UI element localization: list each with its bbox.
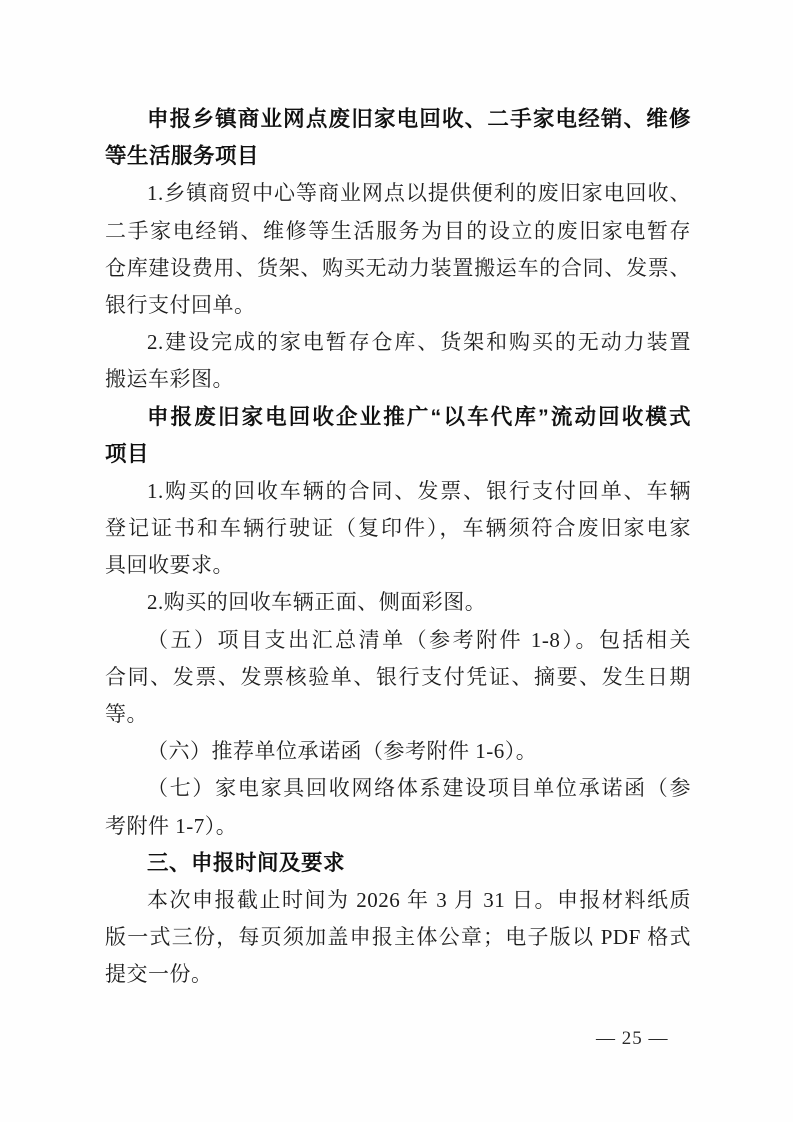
text-line: 搬运车彩图。 bbox=[105, 361, 691, 398]
document-content: 申报乡镇商业网点废旧家电回收、二手家电经销、维修等生活服务项目1.乡镇商贸中心等… bbox=[105, 101, 691, 994]
text-line: 2.建设完成的家电暂存仓库、货架和购买的无动力装置 bbox=[105, 324, 691, 361]
section-heading: 申报乡镇商业网点废旧家电回收、二手家电经销、维修等生活服务项目 bbox=[105, 101, 691, 175]
text-line: 具回收要求。 bbox=[105, 547, 691, 584]
text-line: 1.购买的回收车辆的合同、发票、银行支付回单、车辆 bbox=[105, 473, 691, 510]
text-line: 二手家电经销、维修等生活服务为目的设立的废旧家电暂存 bbox=[105, 213, 691, 250]
text-line: 本次申报截止时间为 2026 年 3 月 31 日。申报材料纸质 bbox=[105, 882, 691, 919]
text-line: （六）推荐单位承诺函（参考附件 1-6）。 bbox=[105, 733, 691, 770]
text-line: 银行支付回单。 bbox=[105, 287, 691, 324]
text-line: 申报乡镇商业网点废旧家电回收、二手家电经销、维修 bbox=[105, 101, 691, 138]
text-line: 项目 bbox=[105, 436, 691, 473]
text-line: 登记证书和车辆行驶证（复印件），车辆须符合废旧家电家 bbox=[105, 510, 691, 547]
page-number: — 25 — bbox=[596, 1028, 669, 1050]
text-line: 等生活服务项目 bbox=[105, 138, 691, 175]
text-line: 2.购买的回收车辆正面、侧面彩图。 bbox=[105, 584, 691, 621]
text-line: 版一式三份，每页须加盖申报主体公章；电子版以 PDF 格式 bbox=[105, 919, 691, 956]
document-page: 申报乡镇商业网点废旧家电回收、二手家电经销、维修等生活服务项目1.乡镇商贸中心等… bbox=[0, 0, 793, 1122]
text-line: 申报废旧家电回收企业推广“以车代库”流动回收模式 bbox=[105, 399, 691, 436]
paragraph: （七）家电家具回收网络体系建设项目单位承诺函（参考附件 1-7）。 bbox=[105, 770, 691, 844]
section-heading: 申报废旧家电回收企业推广“以车代库”流动回收模式项目 bbox=[105, 399, 691, 473]
paragraph: 2.建设完成的家电暂存仓库、货架和购买的无动力装置搬运车彩图。 bbox=[105, 324, 691, 398]
section-heading: 三、申报时间及要求 bbox=[105, 845, 691, 882]
paragraph: （五）项目支出汇总清单（参考附件 1-8）。包括相关合同、发票、发票核验单、银行… bbox=[105, 622, 691, 734]
paragraph: （六）推荐单位承诺函（参考附件 1-6）。 bbox=[105, 733, 691, 770]
paragraph: 1.乡镇商贸中心等商业网点以提供便利的废旧家电回收、二手家电经销、维修等生活服务… bbox=[105, 175, 691, 324]
paragraph: 1.购买的回收车辆的合同、发票、银行支付回单、车辆登记证书和车辆行驶证（复印件）… bbox=[105, 473, 691, 585]
text-line: （五）项目支出汇总清单（参考附件 1-8）。包括相关 bbox=[105, 622, 691, 659]
text-line: 三、申报时间及要求 bbox=[105, 845, 691, 882]
text-line: 合同、发票、发票核验单、银行支付凭证、摘要、发生日期 bbox=[105, 659, 691, 696]
text-line: 等。 bbox=[105, 696, 691, 733]
text-line: （七）家电家具回收网络体系建设项目单位承诺函（参 bbox=[105, 770, 691, 807]
text-line: 仓库建设费用、货架、购买无动力装置搬运车的合同、发票、 bbox=[105, 250, 691, 287]
text-line: 考附件 1-7）。 bbox=[105, 808, 691, 845]
paragraph: 2.购买的回收车辆正面、侧面彩图。 bbox=[105, 584, 691, 621]
text-line: 提交一份。 bbox=[105, 956, 691, 993]
paragraph: 本次申报截止时间为 2026 年 3 月 31 日。申报材料纸质版一式三份，每页… bbox=[105, 882, 691, 994]
text-line: 1.乡镇商贸中心等商业网点以提供便利的废旧家电回收、 bbox=[105, 175, 691, 212]
